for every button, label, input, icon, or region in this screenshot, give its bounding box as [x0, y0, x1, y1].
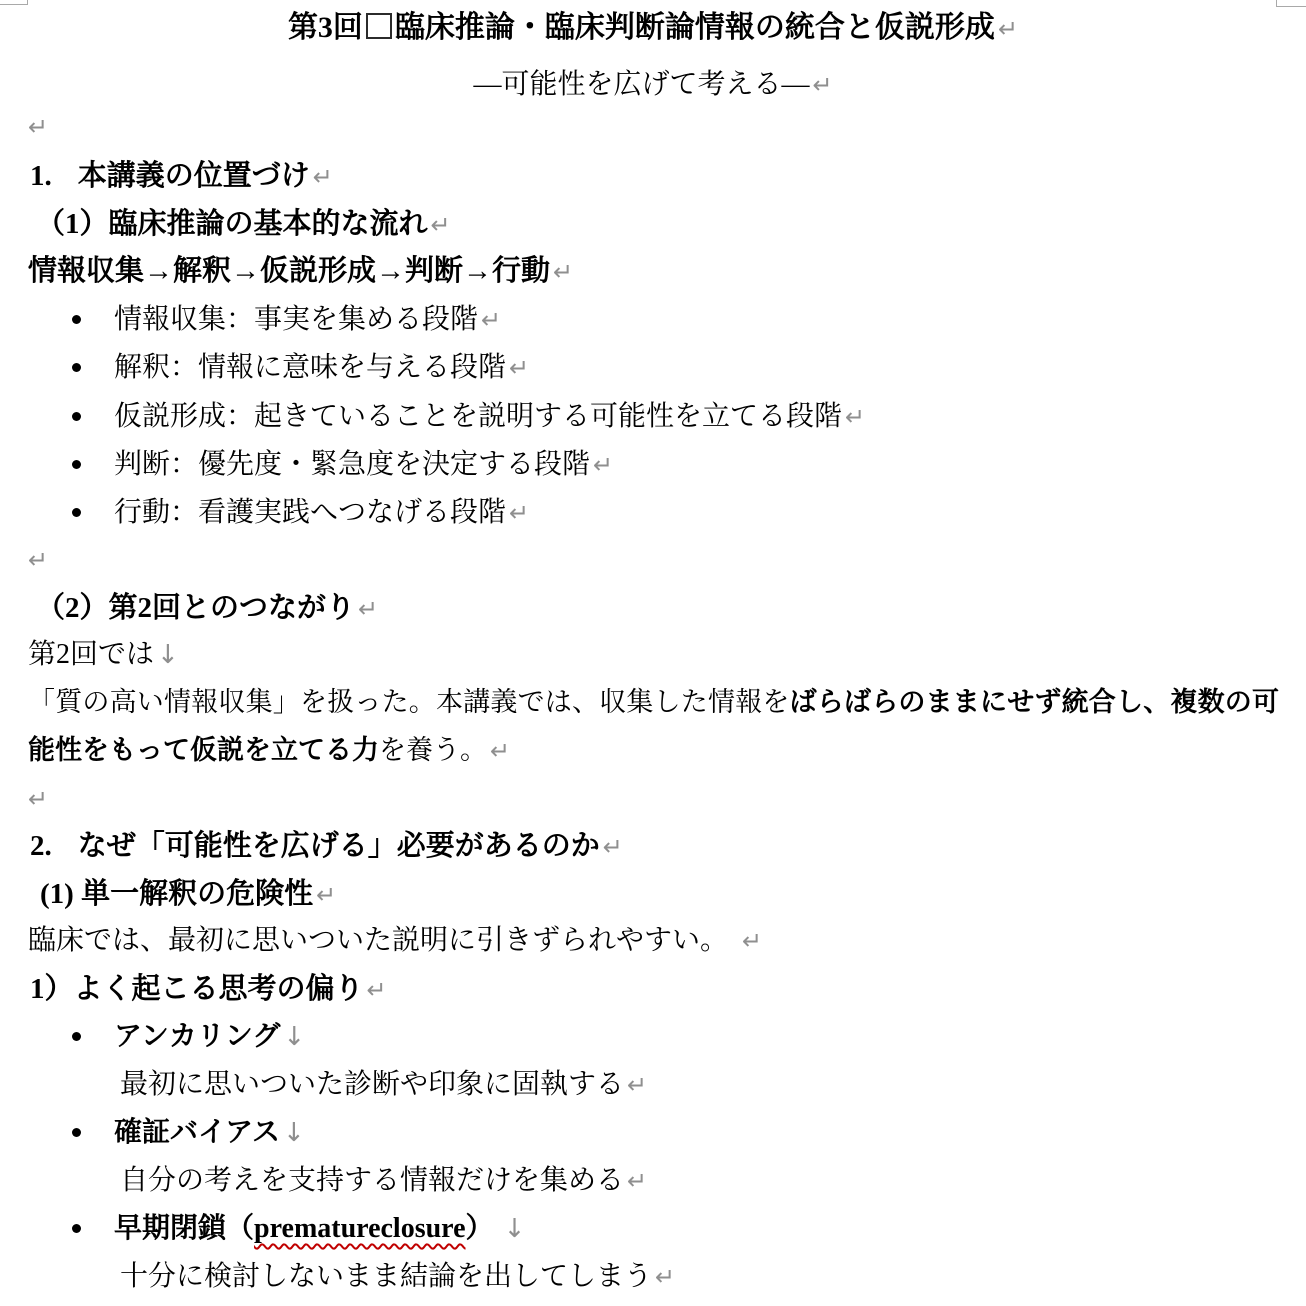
step-list-item: 解釈：情報に意味を与える段階↵	[72, 344, 529, 392]
section1-heading-text: 本講義の位置づけ	[78, 160, 310, 192]
bias-description-text: 最初に思いついた診断や印象に固執する	[120, 1069, 624, 1100]
section2-heading-text: なぜ「可能性を広げる」必要があるのか	[78, 830, 600, 862]
paragraph-mark-icon: ↵	[655, 1263, 675, 1291]
step-list-item: 仮説形成：起きていることを説明する可能性を立てる段階↵	[72, 393, 865, 441]
bullet-icon	[72, 315, 81, 324]
bias-term-anchoring: アンカリング↓	[72, 1013, 305, 1061]
empty-paragraph: ↵	[28, 103, 48, 151]
step-text: 情報収集：事実を集める段階	[114, 304, 478, 335]
paragraph-mark-icon: ↵	[998, 15, 1018, 43]
section2-intro: 臨床では、最初に思いついた説明に引きずられやすい。↵	[28, 917, 762, 965]
ideographic-space-mark	[366, 13, 392, 39]
document-page: 第3回臨床推論・臨床判断論情報の統合と仮説形成↵ ―可能性を広げて考える―↵ ↵…	[0, 0, 1306, 1306]
bullet-icon	[72, 412, 81, 421]
bias-description: 最初に思いついた診断や印象に固執する↵	[120, 1061, 647, 1109]
step-text: 行動：看護実践へつなげる段階	[114, 497, 506, 528]
title-part1: 第3回	[288, 11, 363, 44]
reasoning-flow-line: 情報収集→解釈→仮説形成→判断→行動↵	[28, 247, 573, 295]
bias-term-confirmation: 確証バイアス↓	[72, 1109, 305, 1157]
section1-heading: 1.本講義の位置づけ↵	[30, 152, 333, 200]
step-list-item: 行動：看護実践へつなげる段階↵	[72, 489, 529, 537]
bullet-icon	[72, 363, 81, 372]
subtitle-text: ―可能性を広げて考える―	[473, 69, 809, 100]
paragraph-mark-icon: ↵	[627, 1071, 647, 1099]
paragraph-mark-icon: ↵	[509, 354, 529, 382]
section2-heading: 2.なぜ「可能性を広げる」必要があるのか↵	[30, 822, 623, 870]
bullet-icon	[72, 1032, 81, 1041]
bias-term-premature-closure: 早期閉鎖（prematureclosure）↓	[72, 1205, 525, 1253]
section2-sub1-heading: (1) 単一解釈の危険性↵	[40, 870, 336, 918]
paragraph-mark-icon: ↵	[28, 785, 48, 813]
line-break-mark-icon: ↓	[504, 1214, 526, 1244]
bullet-icon	[72, 1224, 81, 1233]
document-title: 第3回臨床推論・臨床判断論情報の統合と仮説形成↵	[0, 0, 1306, 56]
bias-description: 自分の考えを支持する情報だけを集める↵	[120, 1157, 647, 1205]
bullet-icon	[72, 460, 81, 469]
empty-paragraph: ↵	[28, 536, 48, 584]
step-text: 解釈：情報に意味を与える段階	[114, 352, 506, 383]
line-break-mark-icon: ↓	[157, 640, 179, 670]
sub-heading-text: （1）臨床推論の基本的な流れ	[36, 208, 428, 240]
paragraph-mark-icon: ↵	[481, 306, 501, 334]
bias-term-text: 早期閉鎖（	[114, 1213, 254, 1244]
bias-description: 十分に検討しないまま結論を出してしまう↵	[120, 1253, 675, 1301]
bias-term-text: アンカリング	[114, 1021, 280, 1052]
bias-list-heading: 1）よく起こる思考の偏り↵	[30, 965, 387, 1013]
paragraph-mark-icon: ↵	[553, 258, 573, 286]
sub-heading-text: （2）第2回とのつながり	[36, 592, 355, 624]
paragraph-mark-icon: ↵	[742, 927, 762, 955]
bullet-icon	[72, 1128, 81, 1137]
paragraph-mark-icon: ↵	[313, 163, 333, 191]
paragraph-mark-icon: ↵	[812, 71, 832, 99]
lead-line: 第2回では↓	[28, 631, 179, 679]
list-heading-text: 1）よく起こる思考の偏り	[30, 973, 364, 1005]
paragraph-mark-icon: ↵	[431, 211, 451, 239]
paragraph-mark-icon: ↵	[490, 737, 510, 765]
bias-description-text: 自分の考えを支持する情報だけを集める	[120, 1165, 624, 1196]
body-paragraph: 「質の高い情報収集」を扱った。本講義では、収集した情報をばらばらのままにせず統合…	[28, 679, 1279, 775]
paragraph-mark-icon: ↵	[367, 976, 387, 1004]
lead-text: 第2回では	[28, 639, 154, 670]
paragraph-mark-icon: ↵	[28, 546, 48, 574]
document-subtitle: ―可能性を広げて考える―↵	[0, 60, 1306, 110]
line-break-mark-icon: ↓	[283, 1118, 305, 1148]
step-text: 判断：優先度・緊急度を決定する段階	[114, 449, 590, 480]
section1-sub2-heading: （2）第2回とのつながり↵	[36, 584, 378, 632]
empty-paragraph: ↵	[28, 775, 48, 823]
paragraph-mark-icon: ↵	[316, 881, 336, 909]
paragraph-mark-icon: ↵	[603, 833, 623, 861]
spellcheck-underlined-text: prematureclosure	[254, 1213, 466, 1244]
paragraph-mark-icon: ↵	[358, 595, 378, 623]
sub-heading-text: (1) 単一解釈の危険性	[40, 878, 313, 910]
section1-number: 1.	[30, 160, 52, 192]
intro-text: 臨床では、最初に思いついた説明に引きずられやすい。	[28, 925, 728, 956]
paragraph-mark-icon: ↵	[845, 403, 865, 431]
section1-sub1-heading: （1）臨床推論の基本的な流れ↵	[36, 200, 451, 248]
paragraph-mark-icon: ↵	[509, 499, 529, 527]
bias-term-text: 確証バイアス	[114, 1117, 280, 1148]
flow-text: 情報収集→解釈→仮説形成→判断→行動	[28, 255, 550, 287]
paragraph-mark-icon: ↵	[28, 113, 48, 141]
bias-term-text: ）	[466, 1213, 494, 1244]
section2-number: 2.	[30, 830, 52, 862]
paragraph-mark-icon: ↵	[627, 1167, 647, 1195]
paragraph-mark-icon: ↵	[593, 451, 613, 479]
paragraph-text: 「質の高い情報収集」を扱った。本講義では、収集した情報を	[28, 687, 790, 717]
line-break-mark-icon: ↓	[283, 1022, 305, 1052]
title-part2: 臨床推論・臨床判断論情報の統合と仮説形成	[395, 11, 995, 44]
step-text: 仮説形成：起きていることを説明する可能性を立てる段階	[114, 401, 842, 432]
step-list-item: 判断：優先度・緊急度を決定する段階↵	[72, 441, 613, 489]
step-list-item: 情報収集：事実を集める段階↵	[72, 296, 501, 344]
bias-description-text: 十分に検討しないまま結論を出してしまう	[120, 1261, 652, 1292]
paragraph-text: を養う。	[379, 735, 487, 765]
bullet-icon	[72, 508, 81, 517]
